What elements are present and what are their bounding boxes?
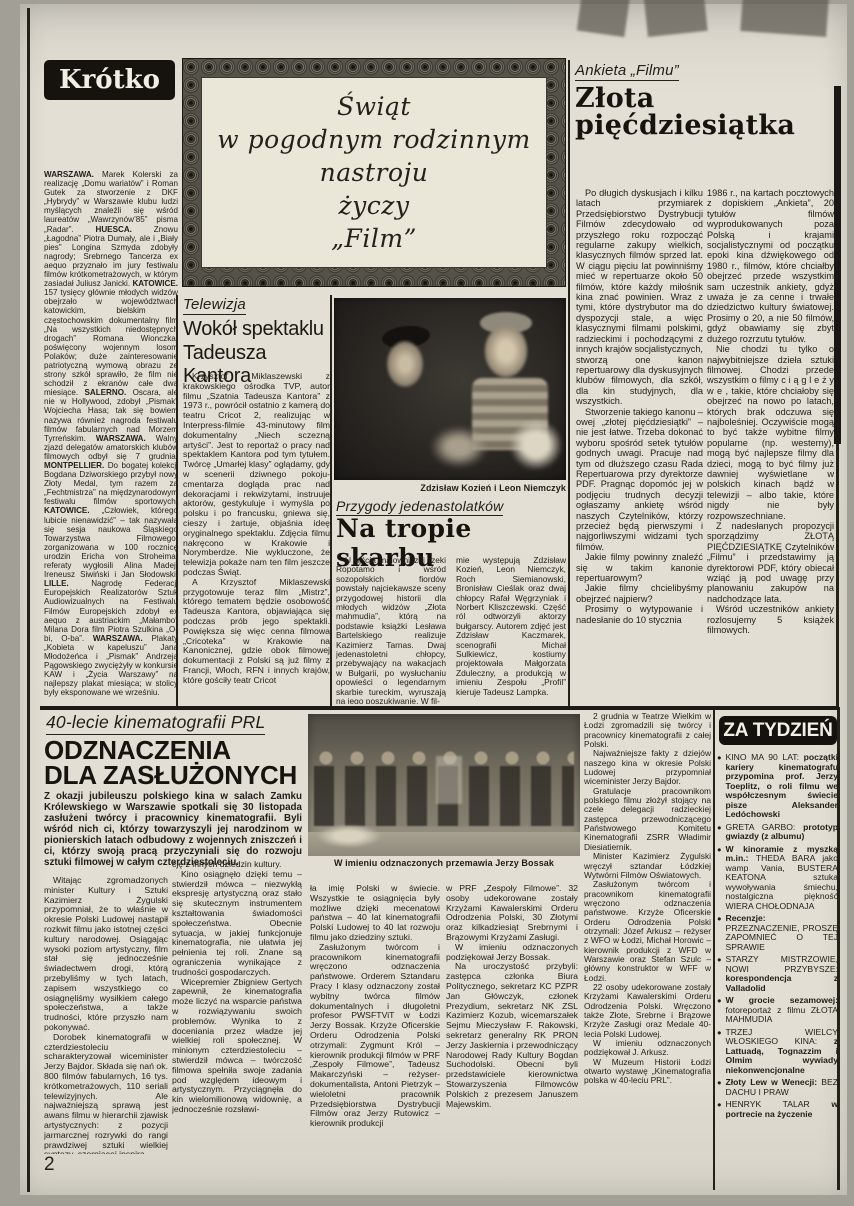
photo-lectern <box>436 756 462 804</box>
krotko-title: Krótko <box>59 65 160 95</box>
za-tydzien-item-text: HENRYK TALAR w portrecie na życzenie <box>726 1100 838 1119</box>
ankieta-col-1: Po długich dyskusjach i kilku latach prz… <box>576 188 703 706</box>
bullet-icon: ● <box>717 845 722 912</box>
photo-kantor-caption: Zdzisław Kozień i Leon Niemczyk <box>334 483 566 493</box>
column-rule <box>713 710 715 1190</box>
na-tropie-col-2: mie występują Zdzisław Kozień, Leon Niem… <box>456 556 566 704</box>
greeting-box: Świątw pogodnym rodzinnymnastrojużyczy„F… <box>202 78 546 267</box>
bullet-icon: ● <box>717 955 722 993</box>
photo-kantor-still <box>334 298 566 480</box>
ankieta-col-2: 1986 r., na kartach pocztowych z dopiski… <box>707 188 834 706</box>
kicker-telewizja: Telewizja <box>183 296 246 315</box>
right-edge-bar <box>834 86 841 444</box>
odznaczenia-col-3: ła imię Polski w świecie. Wszystkie te o… <box>310 884 440 1162</box>
za-tydzien-item: ●STARZY MISTRZOWIE, NOWI PRZYBYSZE: kore… <box>717 955 838 993</box>
za-tydzien-item-text: KINO MA 90 LAT: początki kariery kinemat… <box>726 753 838 820</box>
photo-ceremony <box>308 714 580 856</box>
za-tydzien-item-text: W grocie sezamowej: fotoreportaż z filmu… <box>726 996 838 1025</box>
photo-face-right <box>484 324 528 378</box>
za-tydzien-item-text: GRETA GARBO: prototyp gwiazdy (z albumu) <box>726 823 838 842</box>
newspaper-page: Krótko WARSZAWA. Marek Kolerski za reali… <box>0 0 854 1206</box>
bullet-icon: ● <box>717 1028 722 1076</box>
page-number: 2 <box>44 1154 55 1176</box>
krotko-news-column: WARSZAWA. Marek Kolerski za realizację „… <box>44 170 178 708</box>
column-rule <box>568 60 570 707</box>
za-tydzien-item-text: TRZEJ WIELCY WŁOSKIEGO KINA: z Lattuadą,… <box>726 1028 838 1076</box>
za-tydzien-item: ●GRETA GARBO: prototyp gwiazdy (z albumu… <box>717 823 838 842</box>
bullet-icon: ● <box>717 1100 722 1119</box>
za-tydzien-item: ●W kinoramie z myszką m.in.: THEDA BARA … <box>717 845 838 912</box>
bullet-icon: ● <box>717 914 722 952</box>
za-tydzien-header: ZA TYDZIEŃ <box>719 716 837 745</box>
bullet-icon: ● <box>717 823 722 842</box>
photo-flowers <box>316 824 382 848</box>
za-tydzien-title: ZA TYDZIEŃ <box>723 720 832 742</box>
na-tropie-col-1: U ujścia malowniczej rzeki Ropotamo i wś… <box>336 556 446 704</box>
bullet-icon: ● <box>717 753 722 820</box>
headline-odznaczenia: ODZNACZENIADLA ZASŁUŻONYCH <box>44 738 314 787</box>
odznaczenia-col-5: 2 grudnia w Teatrze Wielkim w Łodzi zgro… <box>584 712 711 1190</box>
headline-zlota-piecdziesiatka: Złotapięćdziesiątka <box>575 85 837 139</box>
masthead-bleed <box>642 0 707 37</box>
krotko-section-header: Krótko <box>44 60 175 100</box>
za-tydzien-item: ●Recenzje: PRZEZNACZENIE, PROSZĘ ZAPOMNI… <box>717 914 838 952</box>
masthead-bleed <box>577 0 631 37</box>
bullet-icon: ● <box>717 996 722 1025</box>
photo-light-area <box>430 426 488 468</box>
odznaczenia-col-1: Witając zgromadzonych minister Kultury i… <box>44 876 168 1154</box>
photo-face-left <box>386 340 424 388</box>
bullet-icon: ● <box>717 1078 722 1097</box>
telewizja-article-body: Krzysztof Miklaszewski z krakowskiego oś… <box>183 372 330 706</box>
left-margin-rule <box>27 8 30 1192</box>
greeting-ornament-frame: Świątw pogodnym rodzinnymnastrojużyczy„F… <box>182 58 566 287</box>
kicker-40-lecie: 40-lecie kinematografii PRL <box>46 712 265 735</box>
odznaczenia-col-4: w PRF „Zespoły Filmowe”. 32 osoby udekor… <box>446 884 578 1162</box>
za-tydzien-item-text: Złoty Lew w Wenecji: BEZ DACHU I PRAW <box>726 1078 838 1097</box>
right-edge-rule <box>836 444 839 707</box>
za-tydzien-item-text: Recenzje: PRZEZNACZENIE, PROSZĘ ZAPOMNIE… <box>726 914 838 952</box>
za-tydzien-item-text: W kinoramie z myszką m.in.: THEDA BARA j… <box>726 845 838 912</box>
za-tydzien-item-text: STARZY MISTRZOWIE, NOWI PRZYBYSZE: kores… <box>726 955 838 993</box>
za-tydzien-item: ●Złoty Lew w Wenecji: BEZ DACHU I PRAW <box>717 1078 838 1097</box>
za-tydzien-item: ●TRZEJ WIELCY WŁOSKIEGO KINA: z Lattuadą… <box>717 1028 838 1076</box>
masthead-bleed <box>740 0 829 37</box>
photo-white-blob <box>510 420 562 470</box>
kicker-ankieta: Ankieta „Filmu” <box>575 62 679 81</box>
greeting-text: Świątw pogodnym rodzinnymnastrojużyczy„F… <box>217 90 531 255</box>
photo-ceremony-caption: W imieniu odznaczonych przemawia Jerzy B… <box>308 858 580 868</box>
za-tydzien-item: ●KINO MA 90 LAT: początki kariery kinema… <box>717 753 838 820</box>
za-tydzien-item: ●HENRYK TALAR w portrecie na życzenie <box>717 1100 838 1119</box>
odznaczenia-col-2: cję z innych dziedzin kultury.Kino osiąg… <box>172 860 302 1154</box>
za-tydzien-list: ●KINO MA 90 LAT: początki kariery kinema… <box>717 753 838 1191</box>
za-tydzien-item: ●W grocie sezamowej: fotoreportaż z film… <box>717 996 838 1025</box>
